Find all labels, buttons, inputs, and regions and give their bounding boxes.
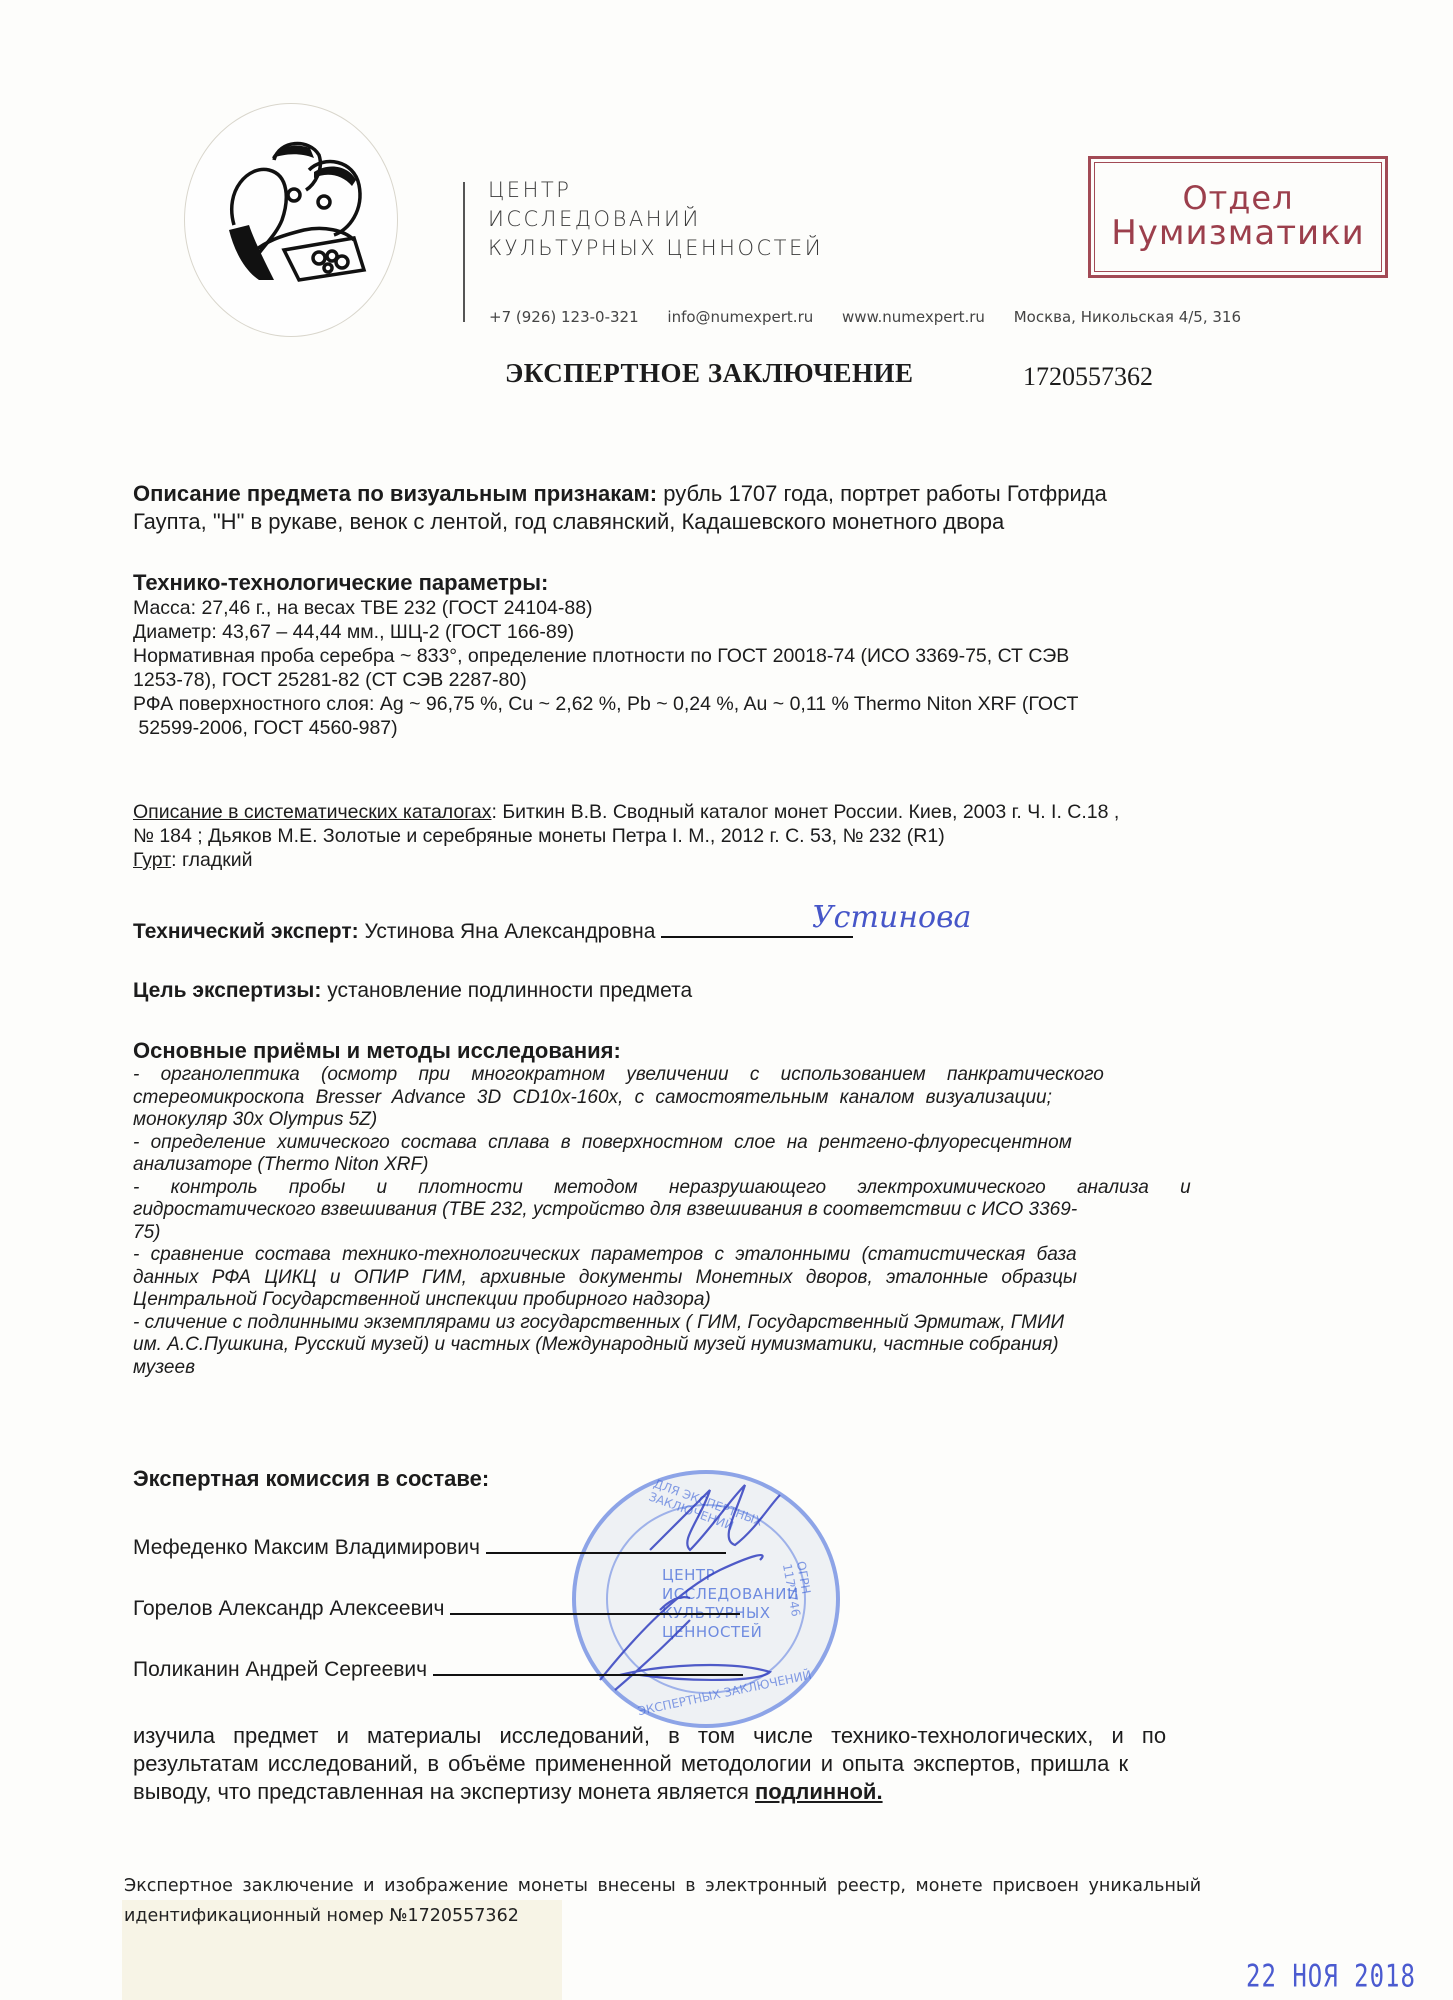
commission-member: Мефеденко Максим Владимирович [133,1532,1373,1561]
conclusion: изучила предмет и материалы исследований… [133,1722,1373,1806]
signature-line [486,1532,726,1554]
research-methods: Основные приёмы и методы исследования: -… [133,1038,1373,1379]
document-title: ЭКСПЕРТНОЕ ЗАКЛЮЧЕНИЕ [505,358,913,389]
edge-label: Гурт [133,849,171,871]
technical-parameters-heading: Технико-технологические параметры: [133,570,1373,596]
conclusion-line-1: изучила предмет и материалы исследований… [133,1722,1373,1750]
expertise-purpose: Цель экспертизы: установление подлинност… [133,978,1373,1004]
param-mass: Масса: 27,46 г., на весах ТВЕ 232 (ГОСТ … [133,596,1373,620]
document-number: 1720557362 [1023,362,1153,392]
signature-line [450,1593,740,1615]
commission-member: Поликанин Андрей Сергеевич [133,1654,1373,1683]
item-description-text-2: Гаупта, "Н" в рукаве, венок с лентой, го… [133,508,1373,536]
technical-parameters: Технико-технологические параметры: Масса… [133,570,1373,740]
method-line: - сличение с подлинными экземплярами из … [133,1312,1373,1335]
header-divider [463,182,465,322]
catalogs-label: Описание в систематических каталогах [133,801,492,823]
purpose-label: Цель экспертизы: [133,979,321,1002]
commission-member-name: Поликанин Андрей Сергеевич [133,1658,427,1681]
method-line: данных РФА ЦИКЦ и ОПИР ГИМ, архивные док… [133,1267,1373,1290]
registry-note: Экспертное заключение и изображение моне… [124,1871,1374,1931]
commission-member-name: Горелов Александр Алексеевич [133,1597,444,1620]
verdict: подлинной. [755,1779,883,1804]
department-stamp-line-1: Отдел [1182,182,1293,216]
technical-expert-signature: Устинова [812,900,971,935]
method-line: - определение химического состава сплава… [133,1132,1373,1155]
method-line: 75) [133,1222,1373,1245]
method-line: монокуляр 30x Olympus 5Z) [133,1109,1373,1132]
method-line: стереомикроскопа Bresser Advance 3D CD10… [133,1087,1373,1110]
postal-address: Москва, Никольская 4/5, 316 [1014,308,1241,326]
department-stamp: Отдел Нумизматики [1088,156,1388,278]
item-description: Описание предмета по визуальным признака… [133,480,1373,536]
method-line: Центральной Государственной инспекции пр… [133,1289,1373,1312]
param-fineness-cont: 1253-78), ГОСТ 25281-82 (СТ СЭВ 2287-80) [133,668,1373,692]
param-diameter: Диаметр: 43,67 – 44,44 мм., ШЦ-2 (ГОСТ 1… [133,620,1373,644]
method-line: гидростатического взвешивания (ТВЕ 232, … [133,1199,1373,1222]
email-address: info@numexpert.ru [667,308,813,326]
method-line: - контроль пробы и плотности методом нер… [133,1177,1373,1200]
commission-member: Горелов Александр Алексеевич [133,1593,1373,1622]
expert-commission: Экспертная комиссия в составе: [133,1466,1373,1492]
param-xrf: РФА поверхностного слоя: Ag ~ 96,75 %, C… [133,692,1373,716]
catalogs-text-1: : Биткин В.В. Сводный каталог монет Росс… [492,801,1120,823]
method-line: им. А.С.Пушкина, Русский музей) и частны… [133,1334,1373,1357]
param-xrf-cont: 52599-2006, ГОСТ 4560-987) [133,716,1373,740]
commission-heading: Экспертная комиссия в составе: [133,1466,1373,1492]
signature-line [433,1654,743,1676]
conclusion-line-3: выводу, что представленная на экспертизу… [133,1779,755,1804]
param-fineness: Нормативная проба серебра ~ 833°, опреде… [133,644,1373,668]
item-description-label: Описание предмета по визуальным признака… [133,481,657,506]
date-stamp: 22 НОЯ 2018 [1246,1958,1416,1994]
conclusion-line-2: результатам исследований, в объёме приме… [133,1750,1373,1778]
methods-heading: Основные приёмы и методы исследования: [133,1038,1373,1064]
organization-name: ЦЕНТР ИССЛЕДОВАНИЙ КУЛЬТУРНЫХ ЦЕННОСТЕЙ [488,176,823,263]
item-description-text-1: рубль 1707 года, портрет работы Готфрида [663,481,1107,506]
technical-expert: Технический эксперт: Устинова Яна Алекса… [133,916,1373,945]
org-name-line-1: ЦЕНТР [488,176,823,205]
catalogs-text-2: № 184 ; Дьяков М.Е. Золотые и серебряные… [133,824,1373,848]
method-line: музеев [133,1357,1373,1380]
department-stamp-line-2: Нумизматики [1111,216,1365,252]
numismatists-logo-icon [214,130,374,290]
method-line: - сравнение состава технико-технологичес… [133,1244,1373,1267]
org-name-line-2: ИССЛЕДОВАНИЙ [488,205,823,234]
technical-expert-name: Устинова Яна Александровна [364,920,655,943]
registry-note-line-2: идентификационный номер №1720557362 [124,1901,1374,1931]
contact-line: +7 (926) 123-0-321 info@numexpert.ru www… [489,308,1265,326]
edge-value: : гладкий [171,849,252,871]
method-line: анализаторе (Thermo Niton XRF) [133,1154,1373,1177]
org-name-line-3: КУЛЬТУРНЫХ ЦЕННОСТЕЙ [488,234,823,263]
technical-expert-label: Технический эксперт: [133,920,359,943]
method-line: - органолептика (осмотр при многократном… [133,1064,1373,1087]
commission-member-name: Мефеденко Максим Владимирович [133,1536,480,1559]
registry-note-line-1: Экспертное заключение и изображение моне… [124,1871,1374,1901]
catalog-references: Описание в систематических каталогах: Би… [133,800,1373,872]
website-url: www.numexpert.ru [842,308,985,326]
purpose-value: установление подлинности предмета [327,979,692,1002]
phone-number: +7 (926) 123-0-321 [489,308,639,326]
